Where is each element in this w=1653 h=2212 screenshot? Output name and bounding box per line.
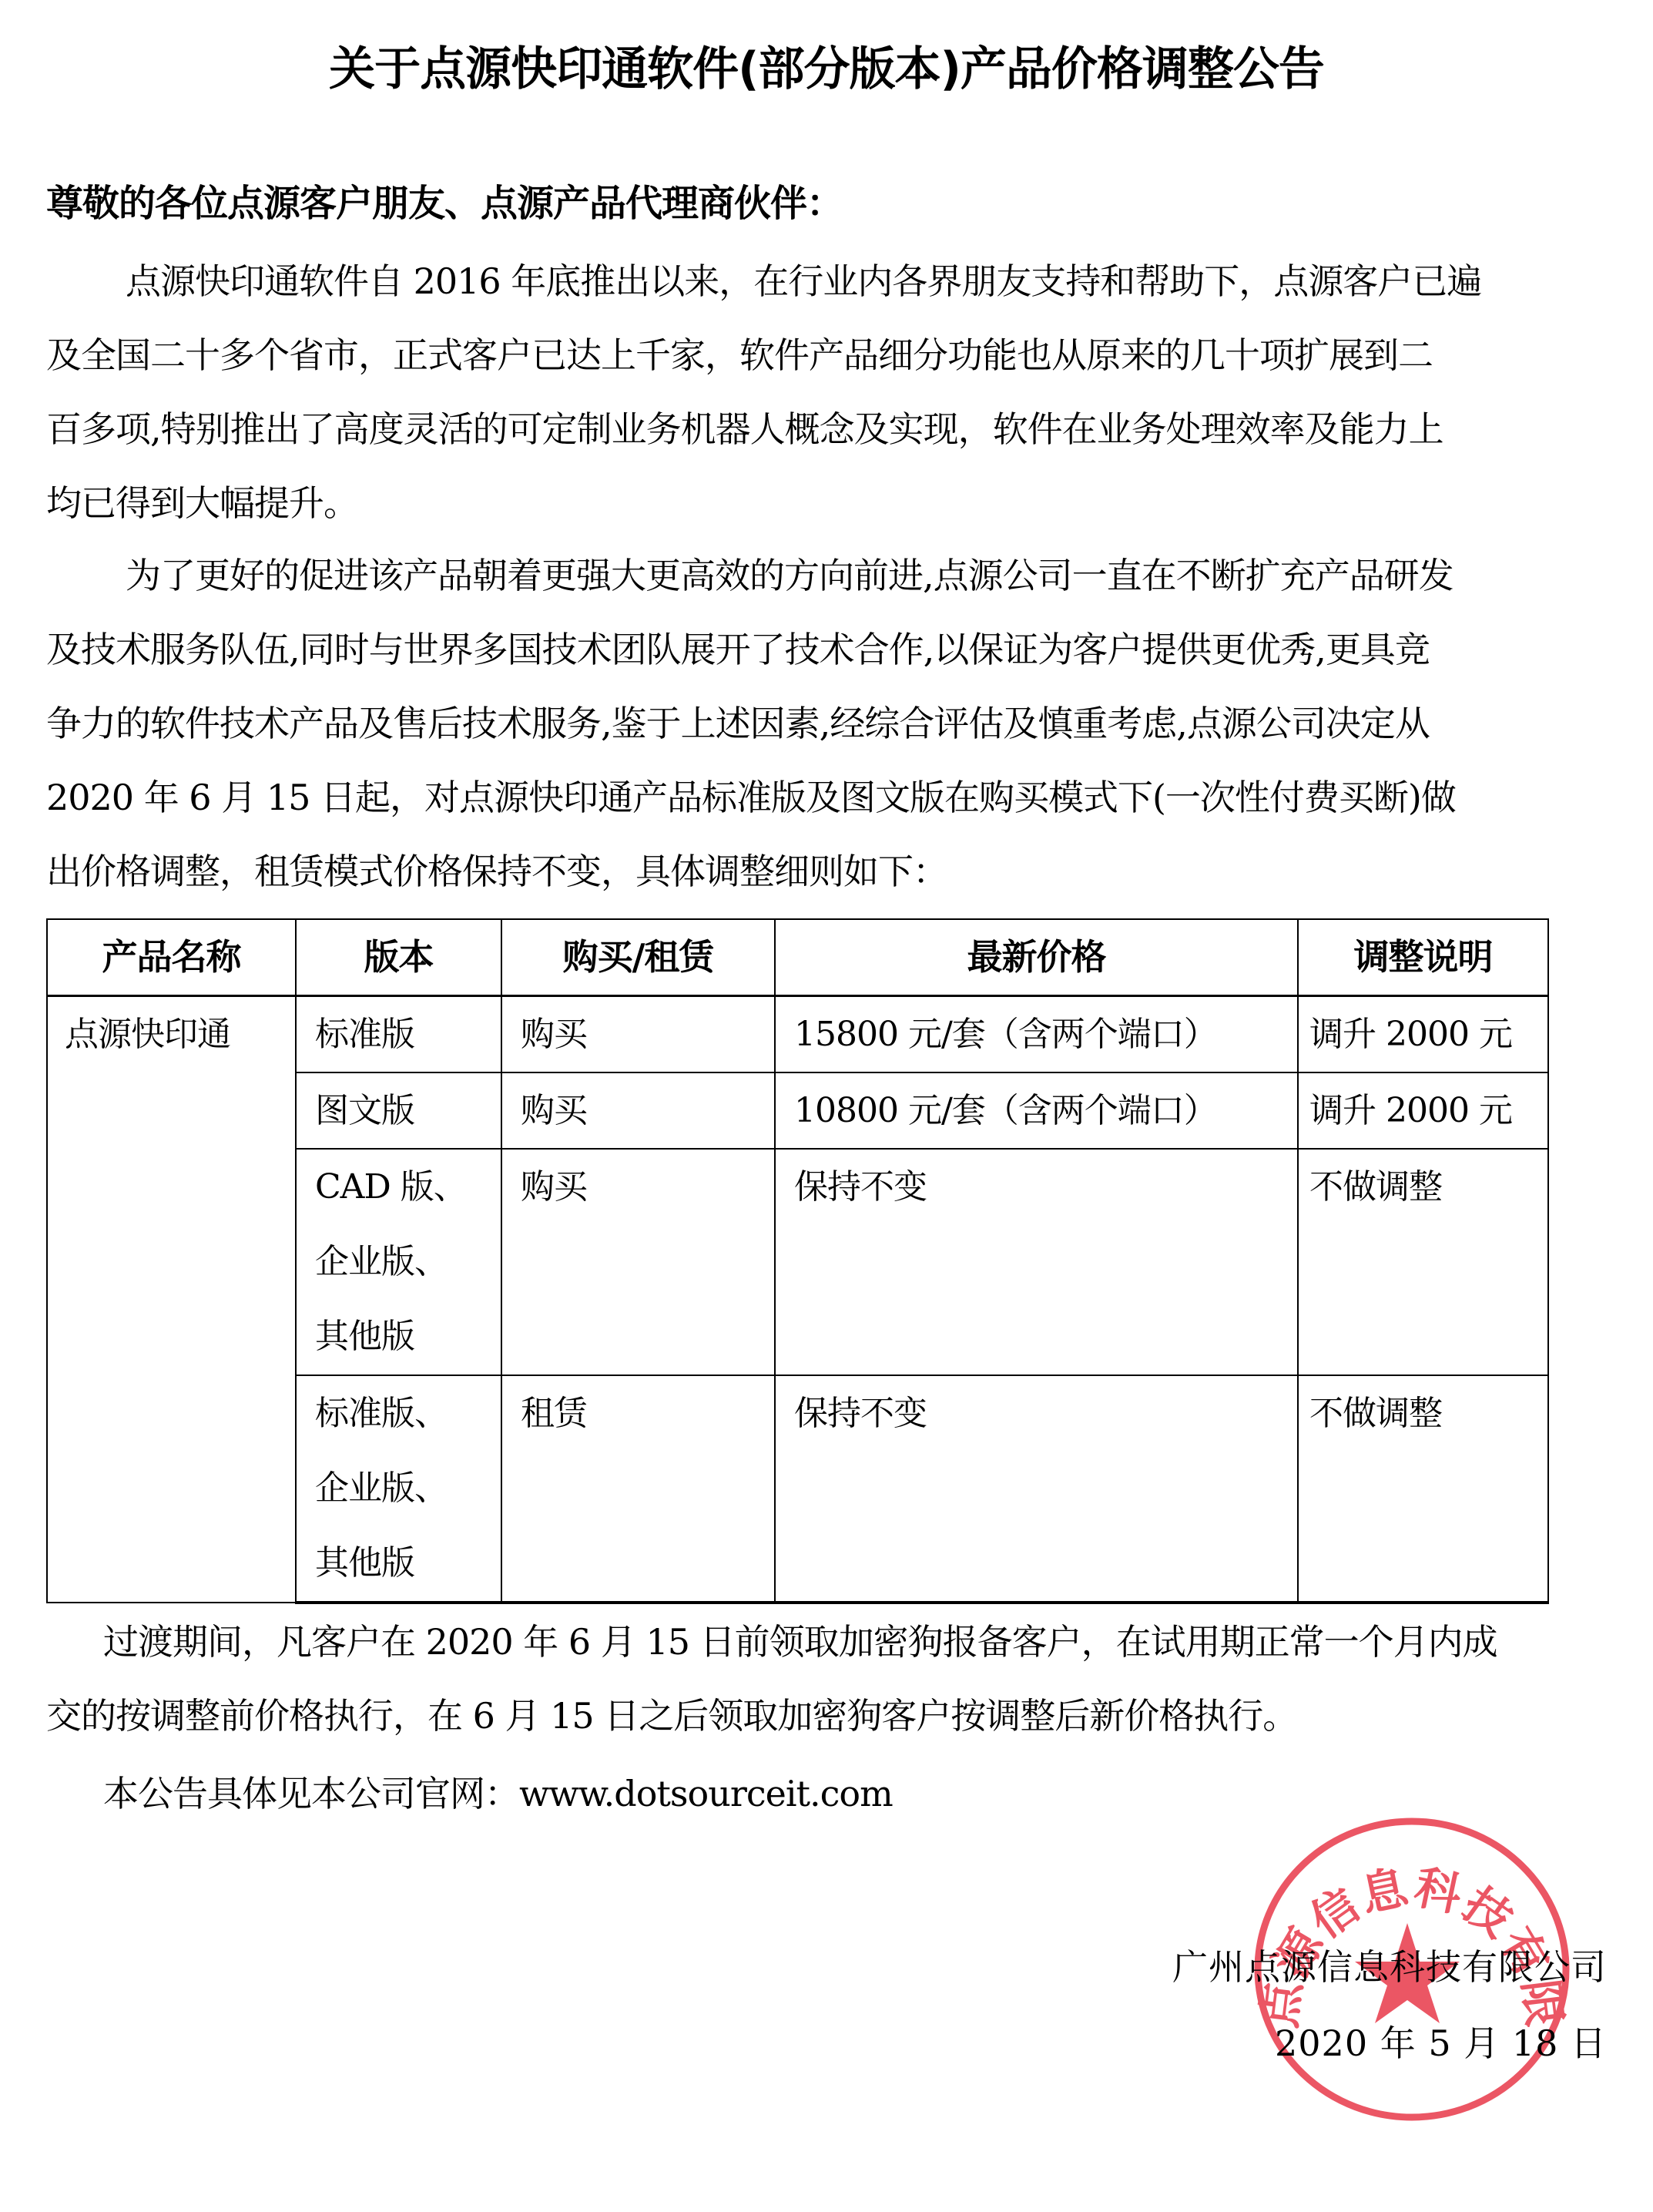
version-line: 企业版、 [315, 1451, 501, 1526]
price-table: 产品名称 版本 购买/租赁 最新价格 调整说明 点源快印通 标准版 购买 158… [46, 918, 1549, 1604]
cell-price: 保持不变 [775, 1375, 1298, 1603]
cell-version: 标准版 [296, 996, 501, 1073]
cell-price: 15800 元/套（含两个端口） [775, 996, 1298, 1073]
version-line: 图文版 [315, 1073, 501, 1148]
signature-company: 广州点源信息科技有限公司 [1172, 1945, 1607, 1989]
version-line: 企业版、 [315, 1224, 501, 1299]
header-product-name: 产品名称 [47, 919, 296, 996]
paragraph-transition: 过渡期间，凡客户在 2020 年 6 月 15 日前领取加密狗报备客户，在试用期… [46, 1605, 1610, 1753]
paragraph-line: 2020 年 6 月 15 日起，对点源快印通产品标准版及图文版在购买模式下(一… [46, 760, 1610, 834]
cell-price: 保持不变 [775, 1149, 1298, 1375]
cell-product-name: 点源快印通 [47, 996, 296, 1603]
paragraph-line: 争力的软件技术产品及售后技术服务,鉴于上述因素,经综合评估及慎重考虑,点源公司决… [46, 686, 1610, 760]
version-line: 其他版 [315, 1299, 501, 1374]
paragraph-line: 交的按调整前价格执行，在 6 月 15 日之后领取加密狗客户按调整后新价格执行。 [46, 1679, 1610, 1753]
signature-date: 2020 年 5 月 18 日 [1275, 2022, 1607, 2065]
table-row: 点源快印通 标准版 购买 15800 元/套（含两个端口） 调升 2000 元 [47, 996, 1548, 1073]
cell-mode: 购买 [501, 996, 775, 1073]
paragraph-line: 及全国二十多个省市，正式客户已达上千家，软件产品细分功能也从原来的几十项扩展到二 [46, 318, 1610, 392]
cell-mode: 购买 [501, 1072, 775, 1149]
version-line: CAD 版、 [315, 1150, 501, 1224]
cell-version: CAD 版、 企业版、 其他版 [296, 1149, 501, 1375]
header-adjustment-note: 调整说明 [1298, 919, 1548, 996]
paragraph-line: 过渡期间，凡客户在 2020 年 6 月 15 日前领取加密狗报备客户，在试用期… [46, 1605, 1610, 1679]
cell-version: 标准版、 企业版、 其他版 [296, 1375, 501, 1603]
cell-note: 不做调整 [1298, 1149, 1548, 1375]
header-latest-price: 最新价格 [775, 919, 1298, 996]
paragraph-line: 百多项,特别推出了高度灵活的可定制业务机器人概念及实现，软件在业务处理效率及能力… [46, 392, 1610, 466]
cell-note: 调升 2000 元 [1298, 996, 1548, 1073]
cell-mode: 租赁 [501, 1375, 775, 1603]
paragraph-line: 出价格调整，租赁模式价格保持不变，具体调整细则如下： [46, 834, 1610, 908]
paragraph-intro: 点源快印通软件自 2016 年底推出以来，在行业内各界朋友支持和帮助下，点源客户… [46, 244, 1610, 540]
paragraph-line: 及技术服务队伍,同时与世界多国技术团队展开了技术合作,以保证为客户提供更优秀,更… [46, 613, 1610, 686]
cell-version: 图文版 [296, 1072, 501, 1149]
paragraph-line: 点源快印通软件自 2016 年底推出以来，在行业内各界朋友支持和帮助下，点源客户… [46, 244, 1610, 318]
greeting: 尊敬的各位点源客户朋友、点源产品代理商伙伴： [46, 179, 843, 228]
paragraph-adjustment: 为了更好的促进该产品朝着更强大更高效的方向前进,点源公司一直在不断扩充产品研发 … [46, 539, 1610, 908]
version-line: 其他版 [315, 1526, 501, 1600]
paragraph-line: 为了更好的促进该产品朝着更强大更高效的方向前进,点源公司一直在不断扩充产品研发 [46, 539, 1610, 613]
cell-mode: 购买 [501, 1149, 775, 1375]
version-line: 标准版、 [315, 1376, 501, 1451]
header-purchase-rent: 购买/租赁 [501, 919, 775, 996]
page-title: 关于点源快印通软件(部分版本)产品价格调整公告 [0, 40, 1653, 99]
header-version: 版本 [296, 919, 501, 996]
table-header-row: 产品名称 版本 购买/租赁 最新价格 调整说明 [47, 919, 1548, 996]
version-line: 标准版 [315, 997, 501, 1072]
cell-note: 不做调整 [1298, 1375, 1548, 1603]
paragraph-line: 均已得到大幅提升。 [46, 466, 1610, 540]
cell-note: 调升 2000 元 [1298, 1072, 1548, 1149]
cell-price: 10800 元/套（含两个端口） [775, 1072, 1298, 1149]
